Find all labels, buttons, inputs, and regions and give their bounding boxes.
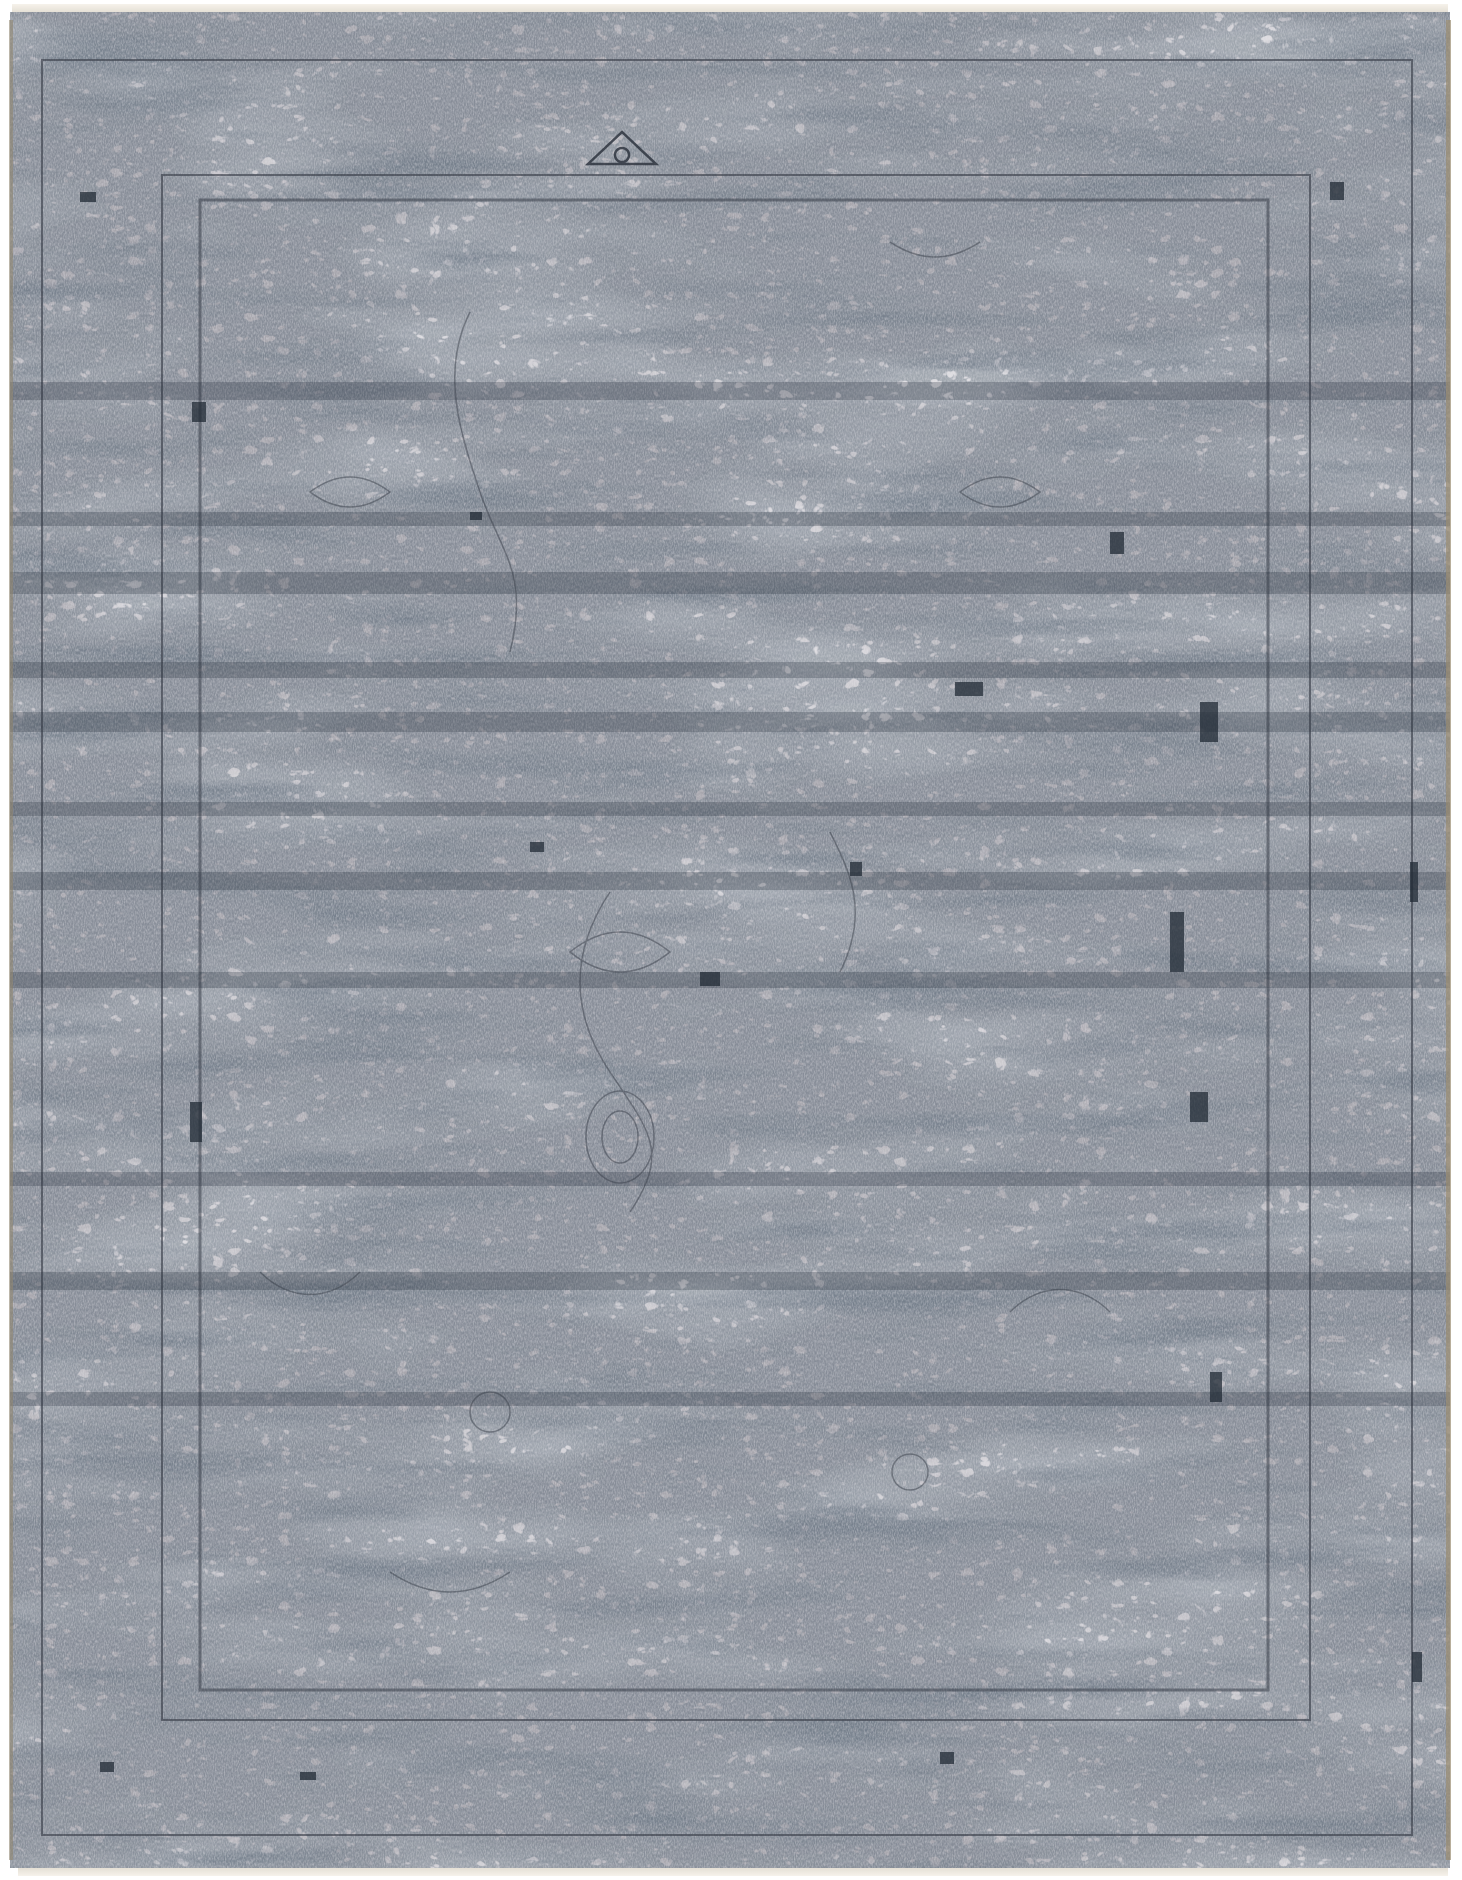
- rug-texture: [10, 12, 1450, 1868]
- right-edge-binding: [1446, 20, 1451, 1860]
- rug: [10, 12, 1450, 1868]
- left-edge-binding: [9, 20, 13, 1860]
